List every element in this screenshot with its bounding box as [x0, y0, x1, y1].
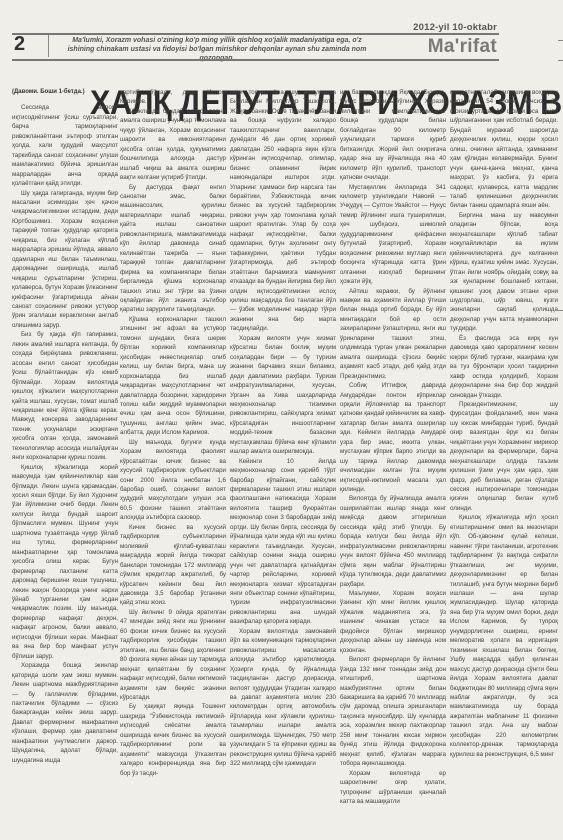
- paragraph: Хоразм вилоятида ер шароитининг оғир ҳол…: [340, 769, 446, 807]
- paragraph: Шу маънода, бугунги кунда Хоразм вилояти…: [120, 438, 226, 523]
- paragraph: Вилоятда бу йўналишда амалга оширилаётга…: [340, 494, 446, 589]
- paragraph: Кичик бизнес ва хусусий тадбиркорлик суб…: [120, 523, 226, 608]
- paragraph: Бу дастурда фақат енгил саноатни эмас, б…: [120, 183, 226, 315]
- page-number: 2: [14, 33, 25, 56]
- page-number-divider: [48, 35, 49, 57]
- paragraph: Маълумки, Хоразм воҳаси ўзининг кўп минг…: [340, 589, 446, 655]
- paragraph: Мустақиллик йилларида 341 километр узунл…: [340, 183, 446, 287]
- article-column-5: меҳнатни талаб қилишини воҳадаги ерларни…: [450, 88, 558, 823]
- article-column-4: иш бажарилмоқда. Яқинда Бухоро-Нукус авт…: [340, 88, 446, 823]
- paragraph: Хоразмда бошқа экинлар қаторида шоли ҳам…: [12, 661, 118, 765]
- paragraph: тартиб бўлади, деди Ислом Каримов.: [120, 88, 226, 107]
- article-column-3: ғини топди. Ана шу анжуманда Бирлашган М…: [230, 88, 336, 823]
- paragraph: Собиқ Иттифоқ даврида Амударёдан понтон …: [340, 381, 446, 494]
- paragraph: меҳнатни талаб қилишини воҳадаги ерларни…: [450, 88, 558, 211]
- paragraph: Вилоят фермерлари бу йилнинг ўзида 132 м…: [340, 655, 446, 768]
- paragraph: Сессияда вилоят иқтисодиётининг ўсиш сур…: [12, 103, 118, 188]
- article-column-2: тартиб бўлади, деди Ислом Каримов. Мажли…: [120, 88, 226, 823]
- page-edge-marks: [557, 40, 563, 340]
- paragraph: Қўшма корхоналарни ташкил этишнинг энг а…: [120, 315, 226, 438]
- article-column-1: (Давоми. Боши 1-бетда.) Сессияда вилоят …: [12, 88, 118, 823]
- paragraph: Биз бу ҳақда кўп гапирамиз, лекин амалий…: [12, 330, 118, 462]
- header-bottom-rule: [12, 59, 499, 61]
- newspaper-page: 2012-yil 10-oktabr 2 Ma'lumki, Xorazm vo…: [0, 0, 563, 840]
- paragraph: Ёз фаслида эса кирқ кун давомида ҳаво ҳа…: [450, 334, 558, 400]
- paragraph: Шу ҳақда гапирганда, муҳим бир масалани …: [12, 189, 118, 331]
- header-top-rule: [12, 33, 499, 35]
- continued-note: (Давоми. Боши 1-бетда.): [12, 88, 118, 97]
- paragraph: ғини топди. Ана шу анжуманда Бирлашган М…: [230, 88, 336, 334]
- paragraph: Президентимизнинг, шу фурсатдан фойдалан…: [450, 400, 558, 513]
- paragraph: Биргина мана шу мавсумни оладиган бўлсак…: [450, 211, 558, 334]
- paragraph: Қишлоқ хўжалигида жорий мавсумда ҳам қий…: [12, 463, 118, 662]
- paragraph: Кейинги 10 йилда меҳмонхоналар сони қари…: [230, 457, 336, 627]
- paragraph: иш бажарилмоқда. Яқинда Бухоро-Нукус авт…: [340, 88, 446, 183]
- issue-date: 2012-yil 10-oktabr: [413, 22, 497, 33]
- paragraph: Қишлоқ хўжалигида мўл ҳосил етиштиришнин…: [450, 513, 558, 759]
- newspaper-brand: Ma'rifat: [428, 36, 497, 58]
- paragraph: Хоразм вилояти учун хизмат кўрсатиш била…: [230, 334, 336, 457]
- paragraph: Хоразм вилоятида замонавий йўл ва коммун…: [230, 627, 336, 769]
- paragraph: Мажлисда бундай вазифаларни амалга ошири…: [120, 107, 226, 183]
- paragraph: Шу йилнинг 9 ойида яратилган 47 мингдан …: [120, 608, 226, 703]
- paragraph: Айтиш керакки, бу йўлнинг мавқеи ва аҳам…: [340, 287, 446, 382]
- paragraph: Бу ҳақиқат яқинда Тошкент шаҳрида "Ўзбек…: [120, 702, 226, 778]
